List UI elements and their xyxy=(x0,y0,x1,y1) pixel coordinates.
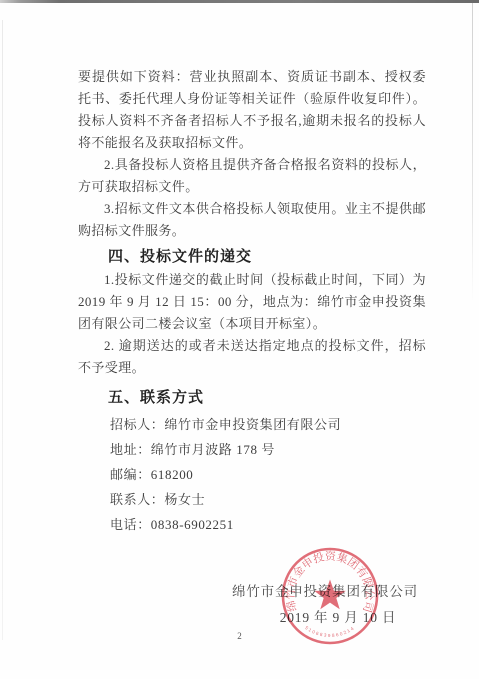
section4-paragraph-1: 1.投标文件递交的截止时间（投标截止时间，下同）为 2019 年 9 月 12 … xyxy=(78,269,426,335)
contact-line-phone: 电话：0838-6902251 xyxy=(110,512,426,537)
seal-star-icon xyxy=(314,580,345,610)
contact-line-address: 地址：绵竹市月波路 178 号 xyxy=(110,437,426,462)
paragraph-item-3: 3.招标文件文本供合格投标人领取使用。业主不提供邮购招标文件服务。 xyxy=(78,198,426,242)
contact-line-postcode: 邮编：618200 xyxy=(110,462,426,487)
paragraph-item-2: 2.具备投标人资格且提供齐备合格报名资料的投标人，方可获取招标文件。 xyxy=(78,154,426,198)
seal-arc-text: 绵竹市金申投资集团有限公司 xyxy=(283,549,376,614)
section-heading-5: 五、联系方式 xyxy=(78,386,426,410)
scan-left-edge xyxy=(2,20,3,640)
document-page: 要提供如下资料：营业执照副本、资质证书副本、授权委托书、委托代理人身份证等相关证… xyxy=(0,0,479,679)
scan-right-edge xyxy=(472,3,473,303)
paragraph-continuation: 要提供如下资料：营业执照副本、资质证书副本、授权委托书、委托代理人身份证等相关证… xyxy=(78,66,426,154)
contact-line-person: 联系人：杨女士 xyxy=(110,487,426,512)
scan-top-edge xyxy=(0,0,479,3)
document-body: 要提供如下资料：营业执照副本、资质证书副本、授权委托书、委托代理人身份证等相关证… xyxy=(78,66,426,537)
section-heading-4: 四、投标文件的递交 xyxy=(78,245,426,269)
contact-line-tenderee: 招标人：绵竹市金申投资集团有限公司 xyxy=(110,412,426,437)
page-number: 2 xyxy=(0,631,479,641)
section4-paragraph-2: 2. 逾期送达的或者未送达指定地点的投标文件，招标不予受理。 xyxy=(78,335,426,379)
contact-block: 招标人：绵竹市金申投资集团有限公司 地址：绵竹市月波路 178 号 邮编：618… xyxy=(78,412,426,537)
